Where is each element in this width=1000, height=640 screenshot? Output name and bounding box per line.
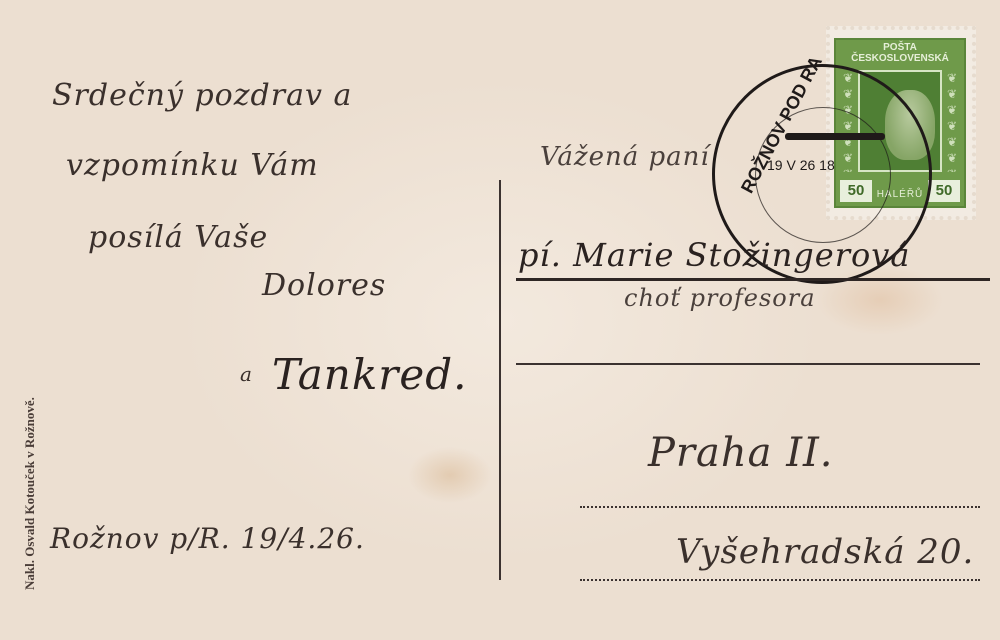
street: Vyšehradská 20.	[676, 532, 974, 572]
address-line-3	[580, 506, 980, 508]
message-conjunction: a	[240, 362, 253, 386]
address-line-4	[580, 579, 980, 581]
message-line-2: vzpomínku Vám	[66, 148, 319, 183]
recipient-note: choť profesora	[624, 284, 816, 312]
postcard-back: Srdečný pozdrav a vzpomínku Vám posílá V…	[0, 0, 1000, 640]
stamp-country: POŠTA ČESKOSLOVENSKÁ	[836, 42, 964, 64]
postmark-cancel-bar	[785, 133, 885, 140]
salutation: Vážená paní	[540, 142, 710, 172]
message-signature-1: Dolores	[262, 268, 386, 303]
message-line-3: posílá Vaše	[88, 220, 268, 255]
address-line-2	[516, 363, 980, 365]
recipient-name: pí. Marie Stožingerová	[518, 236, 910, 274]
laurel-right-icon: ❦❦❦❦❦❦❦	[943, 70, 961, 172]
place-and-date: Rožnov p/R. 19/4.26.	[50, 522, 365, 555]
postmark-date: 19 V 26 18	[767, 157, 835, 173]
center-divider	[499, 180, 501, 580]
message-signature-2: Tankred.	[272, 350, 467, 399]
address-line-1	[516, 278, 990, 281]
publisher-imprint: Nakl. Osvald Kotouček v Rožnově.	[22, 397, 38, 590]
stamp-value-right: 50	[928, 180, 960, 202]
message-line-1: Srdečný pozdrav a	[52, 78, 352, 113]
city: Praha II.	[648, 430, 834, 476]
